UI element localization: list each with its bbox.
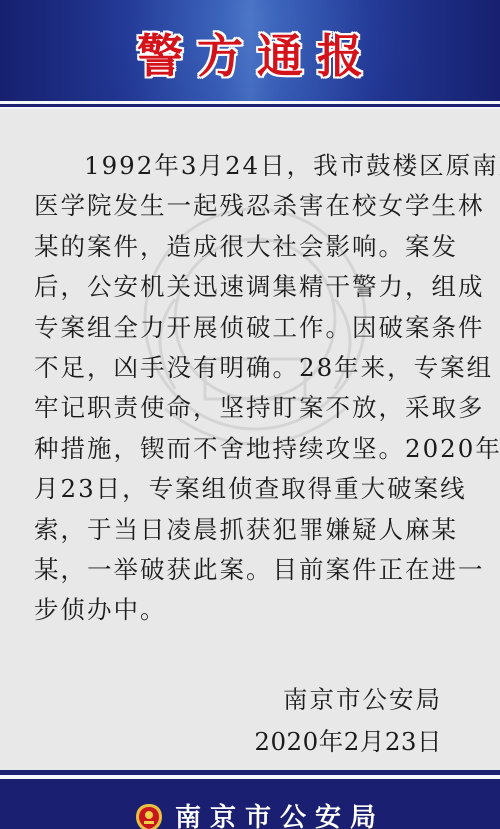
notice-line: 某，一举破获此案。目前案件正在进一 [34,550,474,590]
notice-line: 某的案件，造成很大社会影响。案发 [34,227,474,267]
page-title: 警方通报 [0,28,500,84]
notice-line: 医学院发生一起残忍杀害在校女学生林 [34,186,474,226]
notice-line: 月23日，专案组侦查取得重大破案线 [34,469,474,509]
footer-brand: 南京市公安局 [135,803,385,829]
footer-banner: 南京市公安局 [0,779,500,829]
notice-line: 后，公安机关迅速调集精干警力，组成 [34,267,474,307]
signature-organization: 南京市公安局 [242,681,442,716]
notice-line: 索，于当日凌晨抓获犯罪嫌疑人麻某 [34,510,474,550]
notice-line: 牢记职责使命，坚持盯案不放，采取多 [34,388,474,428]
notice-paragraph: 1992年3月24日，我市鼓楼区原南京 医学院发生一起残忍杀害在校女学生林 某的… [34,146,474,631]
notice-line: 步侦办中。 [34,590,474,630]
footer-org-name: 南京市公安局 [175,803,385,829]
signature-date: 2020年2月23日 [242,723,442,758]
notice-line: 专案组全力开展侦破工作。因破案条件 [34,308,474,348]
notice-line: 不足，凶手没有明确。28年来，专案组 [34,348,474,388]
police-emblem-icon [135,803,163,829]
header-banner: 警方通报 [0,0,500,101]
notice-line: 1992年3月24日，我市鼓楼区原南京 [34,146,474,186]
notice-line: 种措施，锲而不舍地持续攻坚。2020年2 [34,429,474,469]
